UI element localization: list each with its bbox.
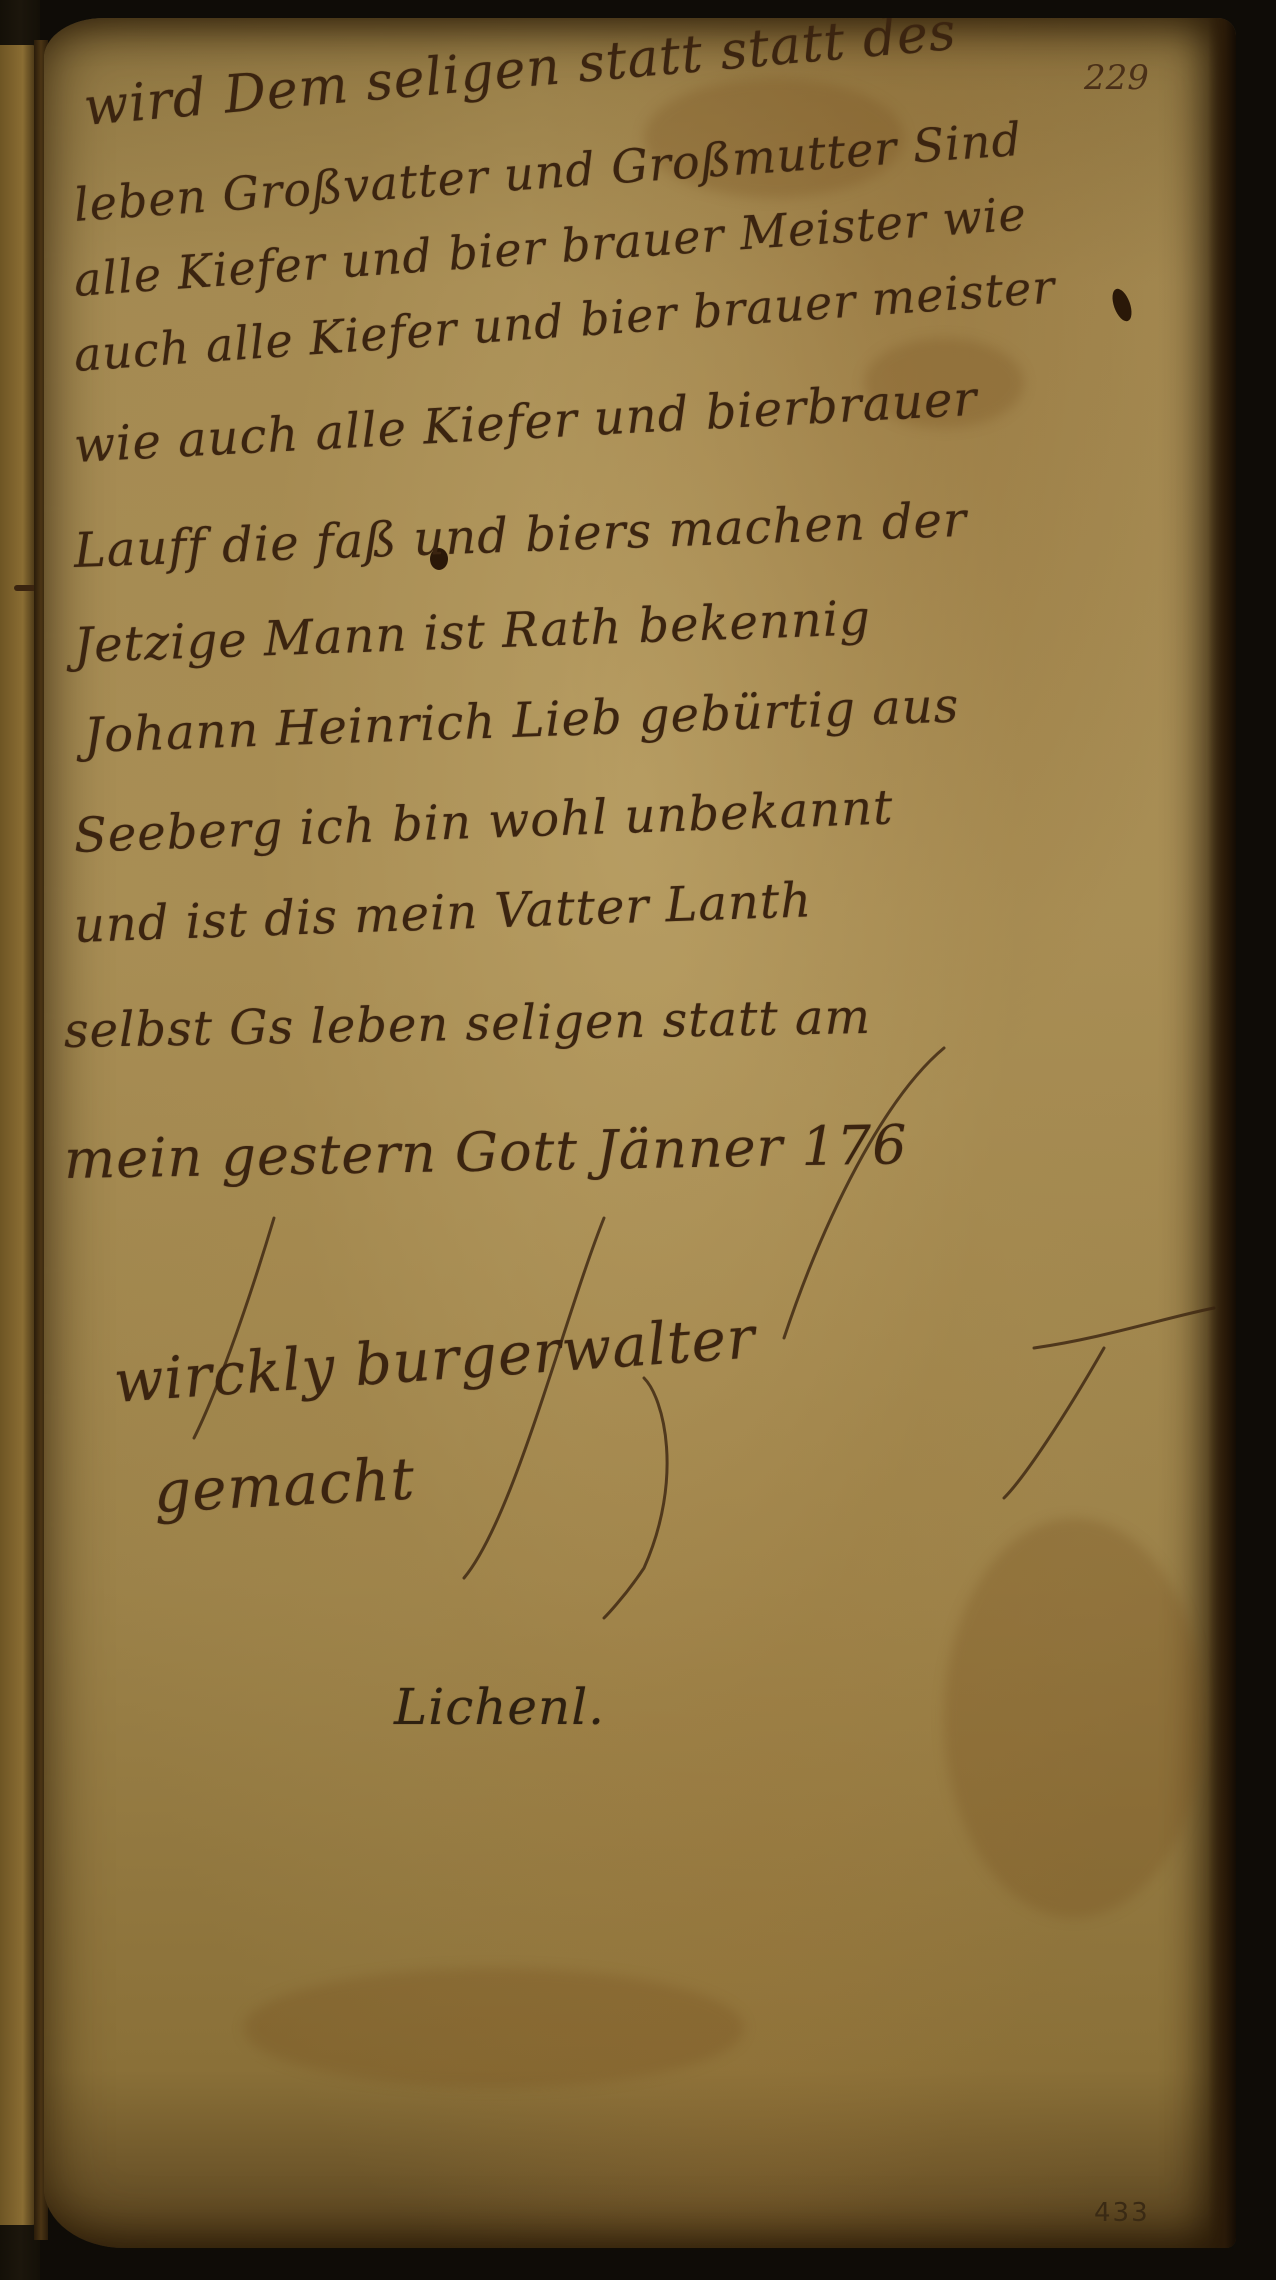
manuscript-text: wird Dem seligen statt statt des leben G… <box>44 18 1236 2248</box>
page-stamp-number: 433 <box>1094 2198 1150 2228</box>
adjacent-page-edge <box>0 45 38 2225</box>
document-scan: 229 wird Dem seligen statt statt des leb… <box>0 0 1276 2280</box>
text-line: wird Dem seligen statt statt des <box>81 18 958 138</box>
date-line: mein gestern Gott Jänner 176 <box>63 1113 908 1191</box>
manuscript-page: 229 wird Dem seligen statt statt des leb… <box>44 18 1236 2248</box>
signature-line: wirckly burgerwalter <box>112 1303 758 1416</box>
text-line: selbst Gs leben seligen statt am <box>64 989 872 1059</box>
text-line: wie auch alle Kiefer und bierbrauer <box>73 371 979 474</box>
text-line: Seeberg ich bin wohl unbekannt <box>73 779 894 864</box>
binding-edge <box>1208 18 1236 2248</box>
text-line: Lauff die faß und biers machen der <box>73 492 968 579</box>
text-line: Jetzige Mann ist Rath bekennig <box>73 590 872 674</box>
signature-line: gemacht <box>152 1444 416 1526</box>
signature-name: Lichenl. <box>394 1678 605 1736</box>
text-line: Johann Heinrich Lieb gebürtig aus <box>83 677 960 764</box>
text-line: und ist dis mein Vatter Lanth <box>73 872 813 954</box>
